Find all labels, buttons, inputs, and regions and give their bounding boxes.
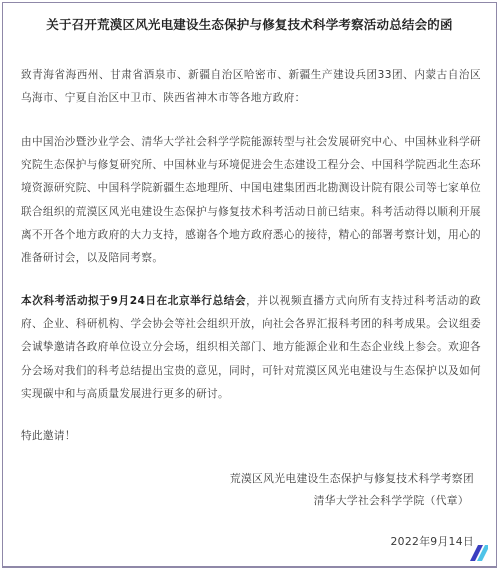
document-frame: 关于召开荒漠区风光电建设生态保护与修复技术科学考察活动总结会的函 致青海省海西州… (2, 2, 497, 568)
salutation: 致青海省海西州、甘肃省酒泉市、新疆自治区哈密市、新疆生产建设兵团33团、内蒙古自… (21, 64, 481, 110)
closing: 特此邀请！ (21, 425, 481, 448)
signature-organization: 荒漠区风光电建设生态保护与修复技术科学考察团 (230, 471, 474, 486)
meeting-details: ，并以视频直播方式向所有支持过科考活动的政府、企业、科研机构、学会协会等社会组织… (21, 295, 481, 400)
document-title: 关于召开荒漠区风光电建设生态保护与修复技术科学考察活动总结会的函 (3, 15, 496, 33)
signature-seal: 清华大学社会科学学院（代章） (314, 493, 469, 508)
paragraph-organizers: 由中国治沙暨沙业学会、清华大学社会科学学院能源转型与社会发展研究中心、中国林业科… (21, 131, 481, 270)
corner-stripes-icon (462, 545, 488, 561)
meeting-highlight: 本次科考活动拟于9月24日在北京举行总结会 (21, 295, 246, 307)
paragraph-meeting: 本次科考活动拟于9月24日在北京举行总结会，并以视频直播方式向所有支持过科考活动… (21, 290, 481, 406)
